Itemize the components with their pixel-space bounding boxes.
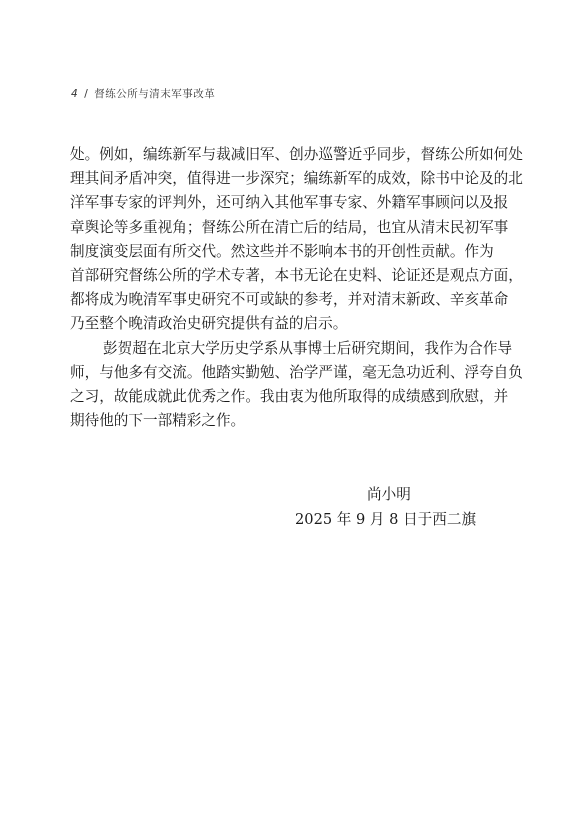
text-line: 理其间矛盾冲突，值得进一步深究；编练新军的成效，除书中论及的北 [70, 167, 472, 191]
signature-date-place: 2025 年 9 月 8 日于西二旗 [295, 509, 476, 531]
running-head: 4/督练公所与清末军事改革 [71, 86, 215, 101]
paragraph-1: 处。例如，编练新军与裁减旧军、创办巡警近乎同步，督练公所如何处 理其间矛盾冲突，… [70, 143, 472, 337]
text-line: 期待他的下一部精彩之作。 [70, 409, 472, 433]
text-line: 彭贺超在北京大学历史学系从事博士后研究期间，我作为合作导 [70, 337, 472, 361]
book-title: 督练公所与清末军事改革 [94, 88, 215, 100]
header-separator: / [84, 88, 88, 100]
body-text: 处。例如，编练新军与裁减旧军、创办巡警近乎同步，督练公所如何处 理其间矛盾冲突，… [70, 143, 472, 433]
paragraph-2: 彭贺超在北京大学历史学系从事博士后研究期间，我作为合作导 师，与他多有交流。他踏… [70, 337, 472, 434]
text-line: 乃至整个晚清政治史研究提供有益的启示。 [70, 312, 472, 336]
text-line: 处。例如，编练新军与裁减旧军、创办巡警近乎同步，督练公所如何处 [70, 143, 472, 167]
text-line: 都将成为晚清军事史研究不可或缺的参考，并对清末新政、辛亥革命 [70, 288, 472, 312]
text-line: 之习，故能成就此优秀之作。我由衷为他所取得的成绩感到欣慰，并 [70, 385, 472, 409]
text-line: 章舆论等多重视角；督练公所在清亡后的结局，也宜从清末民初军事 [70, 216, 472, 240]
signature-author: 尚小明 [367, 484, 411, 506]
page-number: 4 [71, 88, 78, 100]
text-line: 首部研究督练公所的学术专著，本书无论在史料、论证还是观点方面， [70, 264, 472, 288]
text-line: 制度演变层面有所交代。然这些并不影响本书的开创性贡献。作为 [70, 240, 472, 264]
text-line: 洋军事专家的评判外，还可纳入其他军事专家、外籍军事顾问以及报 [70, 191, 472, 215]
text-line: 师，与他多有交流。他踏实勤勉、治学严谨，毫无急功近利、浮夸自负 [70, 361, 472, 385]
